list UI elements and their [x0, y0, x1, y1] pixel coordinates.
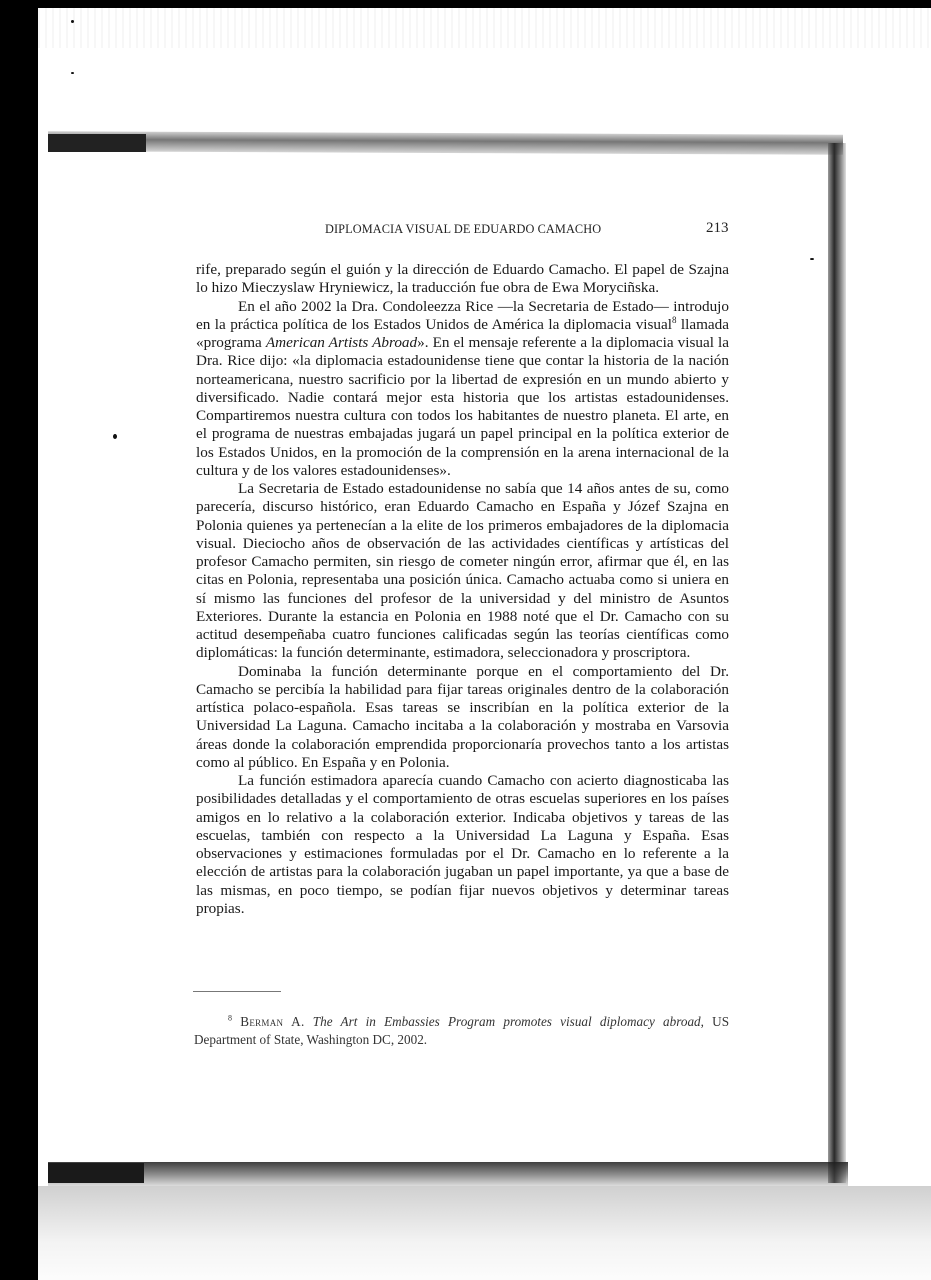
- scan-speck: [113, 434, 117, 439]
- running-header-title: DIPLOMACIA VISUAL DE EDUARDO CAMACHO: [325, 222, 610, 237]
- paragraph-2-text-a: En el año 2002 la Dra. Condoleezza Rice …: [196, 298, 729, 333]
- paragraph-1: rife, preparado según el guión y la dire…: [196, 261, 729, 298]
- footnote-8: 8 Berman A. The Art in Embassies Program…: [194, 1013, 729, 1049]
- page-edge-shadow-bottom-dark: [48, 1163, 144, 1183]
- paragraph-3: La Secretaria de Estado estadounidense n…: [196, 480, 729, 663]
- page-edge-shadow-top-dark: [48, 134, 146, 152]
- page-number: 213: [706, 220, 729, 237]
- body-text: rife, preparado según el guión y la dire…: [196, 261, 729, 918]
- scan-speck: [71, 72, 74, 74]
- page-edge-shadow-top: [48, 131, 843, 154]
- scan-speck: [810, 258, 814, 260]
- program-name-italic: American Artists Abroad: [266, 334, 417, 351]
- footnote-author: Berman A.: [240, 1014, 304, 1029]
- scan-speck: [71, 20, 74, 23]
- footnote-title: The Art in Embassies Program promotes vi…: [313, 1014, 701, 1029]
- page-edge-shadow-right: [828, 143, 846, 1183]
- scan-noise-top: [38, 8, 931, 48]
- page-edge-shadow-bottom: [48, 1162, 848, 1186]
- scan-noise-bottom: [38, 1186, 931, 1280]
- paragraph-2-text-c: ». En el mensaje referente a la diplomac…: [196, 334, 729, 479]
- scan-border-left: [0, 0, 38, 1280]
- paragraph-2: En el año 2002 la Dra. Condoleezza Rice …: [196, 298, 729, 481]
- footnote-number: 8: [228, 1014, 232, 1023]
- footnote-separator: [193, 991, 281, 992]
- paragraph-4: Dominaba la función determinante porque …: [196, 663, 729, 773]
- paragraph-5: La función estimadora aparecía cuando Ca…: [196, 772, 729, 918]
- scan-border-top: [0, 0, 931, 8]
